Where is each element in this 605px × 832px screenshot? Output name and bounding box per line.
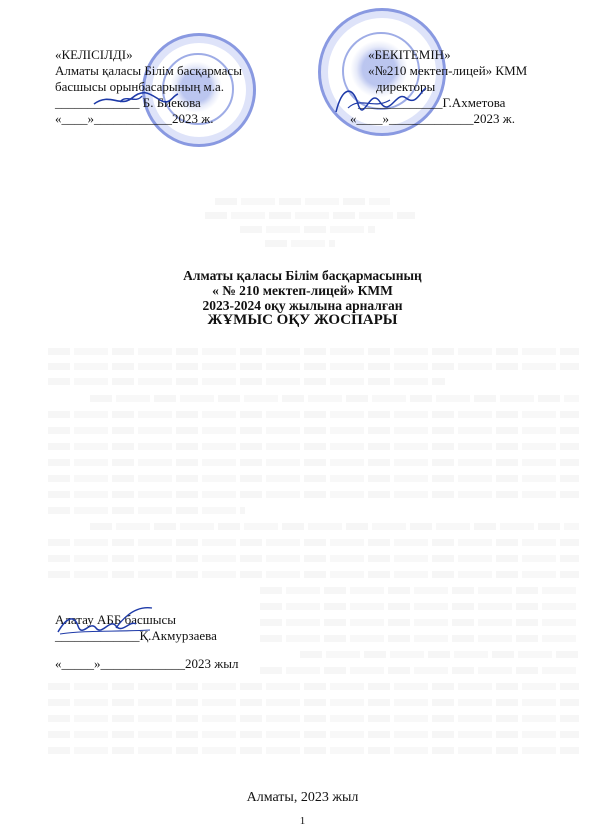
approval-heading: «БЕКІТЕМІН» [368,47,527,63]
agreement-heading: «КЕЛІСІЛДІ» [55,47,242,63]
agreement-date: «____»____________2023 ж. [55,111,242,127]
title-line-4: ЖҰМЫС ОҚУ ЖОСПАРЫ [0,313,605,328]
signature-akmurzaeva-icon [56,604,156,636]
page-number: 1 [0,815,605,827]
document-title: Алматы қаласы Білім басқармасының « № 21… [0,268,605,328]
title-line-3: 2023-2024 оқу жылына арналған [0,298,605,313]
agreement-org: Алматы қаласы Білім басқармасы [55,63,242,79]
signature-biekova-icon [90,88,180,110]
approval-school: «№210 мектеп-лицей» КММ [368,63,527,79]
title-line-1: Алматы қаласы Білім басқармасының [0,268,605,283]
district-date: «_____»_____________2023 жыл [55,656,238,672]
title-line-2: « № 210 мектеп-лицей» КММ [0,283,605,298]
place-year: Алматы, 2023 жыл [0,790,605,806]
signature-akhmetova-icon [330,78,430,118]
agreement-block: «КЕЛІСІЛДІ» Алматы қаласы Білім басқарма… [55,47,242,127]
